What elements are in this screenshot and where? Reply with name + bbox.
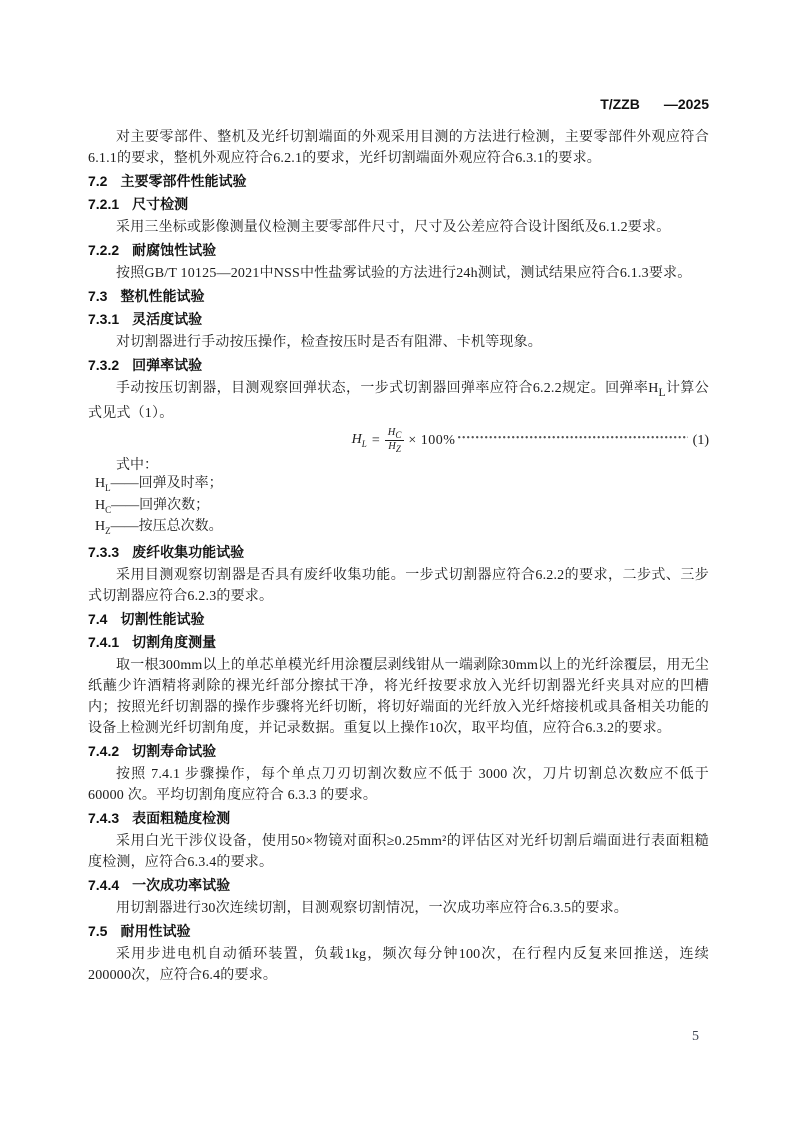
heading-number: 7.3.2 <box>88 357 119 373</box>
paragraph-7-5: 采用步进电机自动循环装置，负载1kg，频次每分钟100次，在行程内反复来回推送，… <box>88 944 709 986</box>
formula-legend: 式中： HL——回弹及时率； HC——回弹次数； HZ——按压总次数。 <box>88 457 709 540</box>
heading-title: 切割角度测量 <box>132 634 216 650</box>
section-heading-7-2: 7.2主要零部件性能试验 <box>88 171 709 192</box>
paragraph-7-3-1: 对切割器进行手动按压操作，检查按压时是否有阻滞、卡机等现象。 <box>88 332 709 353</box>
standard-year: —2025 <box>664 94 709 114</box>
heading-title: 切割寿命试验 <box>132 743 216 759</box>
section-heading-7-3-2: 7.3.2回弹率试验 <box>88 355 709 376</box>
section-heading-7-3-3: 7.3.3废纤收集功能试验 <box>88 542 709 563</box>
document-page: T/ZZB —2025 对主要零部件、整机及光纤切割端面的外观采用目测的方法进行… <box>0 0 794 1123</box>
heading-number: 7.4.4 <box>88 877 119 893</box>
heading-number: 7.3.1 <box>88 311 119 327</box>
heading-title: 整机性能试验 <box>120 288 204 304</box>
section-heading-7-2-1: 7.2.1尺寸检测 <box>88 194 709 215</box>
heading-number: 7.4.1 <box>88 634 119 650</box>
paragraph-text: 手动按压切割器，目测观察回弹状态，一步式切割器回弹率应符合6.2.2规定。回弹率… <box>116 381 659 396</box>
subscript: L <box>659 386 666 399</box>
heading-number: 7.3 <box>88 288 107 304</box>
section-heading-7-5: 7.5耐用性试验 <box>88 921 709 942</box>
heading-title: 尺寸检测 <box>132 196 188 212</box>
section-heading-7-2-2: 7.2.2耐腐蚀性试验 <box>88 240 709 261</box>
heading-title: 主要零部件性能试验 <box>120 173 246 189</box>
heading-number: 7.5 <box>88 923 107 939</box>
legend-item: HC——回弹次数； <box>88 497 709 519</box>
heading-number: 7.3.3 <box>88 544 119 560</box>
fraction-denominator: HZ <box>385 441 405 454</box>
equals-sign: = <box>372 433 380 449</box>
section-heading-7-4: 7.4切割性能试验 <box>88 609 709 630</box>
paragraph-7-4-4: 用切割器进行30次连续切割，目测观察切割情况，一次成功率应符合6.3.5的要求。 <box>88 898 709 919</box>
section-heading-7-3: 7.3整机性能试验 <box>88 286 709 307</box>
heading-number: 7.4.2 <box>88 743 119 759</box>
formula-1: HL = HC HZ × 100% (1) <box>88 427 709 455</box>
legend-symbol: HZ <box>95 519 111 534</box>
fraction-numerator: HC <box>385 427 405 441</box>
section-heading-7-4-1: 7.4.1切割角度测量 <box>88 632 709 653</box>
legend-item: HL——回弹及时率； <box>88 475 709 497</box>
section-heading-7-4-3: 7.4.3表面粗糙度检测 <box>88 808 709 829</box>
equation-number: (1) <box>693 433 709 449</box>
section-heading-7-4-2: 7.4.2切割寿命试验 <box>88 741 709 762</box>
page-header: T/ZZB —2025 <box>88 94 709 114</box>
heading-number: 7.2.1 <box>88 196 119 212</box>
heading-title: 切割性能试验 <box>120 611 204 627</box>
legend-symbol: HC <box>95 498 111 513</box>
legend-desc: ——回弹及时率； <box>111 476 223 491</box>
heading-title: 一次成功率试验 <box>132 877 230 893</box>
paragraph-7-3-2: 手动按压切割器，目测观察回弹状态，一步式切割器回弹率应符合6.2.2规定。回弹率… <box>88 378 709 424</box>
paragraph-7-3-3: 采用目测观察切割器是否具有废纤收集功能。一步式切割器应符合6.2.2的要求，二步… <box>88 565 709 607</box>
formula-rhs: × 100% <box>408 433 455 449</box>
heading-number: 7.4 <box>88 611 107 627</box>
heading-title: 耐腐蚀性试验 <box>132 242 216 258</box>
fraction: HC HZ <box>385 427 405 455</box>
section-heading-7-3-1: 7.3.1灵活度试验 <box>88 309 709 330</box>
heading-title: 灵活度试验 <box>132 311 202 327</box>
legend-desc: ——回弹次数； <box>111 498 209 513</box>
paragraph-7-2-1: 采用三坐标或影像测量仪检测主要零部件尺寸，尺寸及公差应符合设计图纸及6.1.2要… <box>88 217 709 238</box>
legend-desc: ——按压总次数。 <box>111 519 223 534</box>
paragraph-intro: 对主要零部件、整机及光纤切割端面的外观采用目测的方法进行检测，主要零部件外观应符… <box>88 127 709 169</box>
paragraph-7-2-2: 按照GB/T 10125—2021中NSS中性盐雾试验的方法进行24h测试，测试… <box>88 263 709 284</box>
dotted-leader <box>458 436 687 439</box>
formula-lhs: HL <box>352 432 367 449</box>
heading-title: 废纤收集功能试验 <box>132 544 244 560</box>
heading-number: 7.2 <box>88 173 107 189</box>
heading-title: 回弹率试验 <box>132 357 202 373</box>
section-heading-7-4-4: 7.4.4一次成功率试验 <box>88 875 709 896</box>
formula-expression: HL = HC HZ × 100% <box>352 427 456 455</box>
heading-number: 7.4.3 <box>88 810 119 826</box>
paragraph-7-4-1: 取一根300mm以上的单芯单模光纤用涂覆层剥线钳从一端剥除30mm以上的光纤涂覆… <box>88 655 709 739</box>
paragraph-7-4-2: 按照 7.4.1 步骤操作，每个单点刀刃切割次数应不低于 3000 次，刀片切割… <box>88 764 709 806</box>
legend-label: 式中： <box>88 457 709 475</box>
standard-code: T/ZZB <box>600 94 640 114</box>
heading-title: 耐用性试验 <box>120 923 190 939</box>
paragraph-7-4-3: 采用白光干涉仪设备，使用50×物镜对面积≥0.25mm²的评估区对光纤切割后端面… <box>88 831 709 873</box>
document-content: T/ZZB —2025 对主要零部件、整机及光纤切割端面的外观采用目测的方法进行… <box>88 94 709 988</box>
legend-symbol: HL <box>95 476 111 491</box>
heading-number: 7.2.2 <box>88 242 119 258</box>
legend-item: HZ——按压总次数。 <box>88 518 709 540</box>
heading-title: 表面粗糙度检测 <box>132 810 230 826</box>
page-number: 5 <box>692 1027 699 1047</box>
